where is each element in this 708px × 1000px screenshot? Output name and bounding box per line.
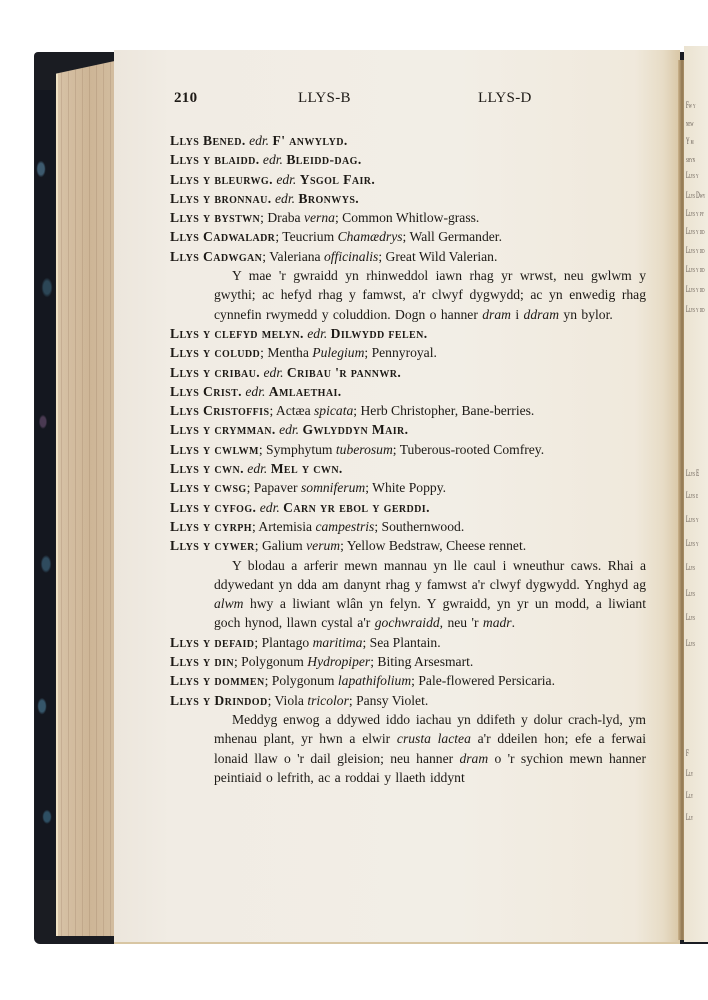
right-page-text-fragment: Llys bbox=[686, 638, 695, 648]
description-paragraph: Meddyg enwog a ddywed iddo iachau yn ddi… bbox=[170, 710, 646, 787]
entry: Llys y dommen; Polygonum lapathifolium; … bbox=[170, 671, 646, 690]
entry: Llys y crymman. edr. Gwlyddyn Mair. bbox=[170, 420, 646, 439]
right-page-text-fragment: new bbox=[686, 118, 694, 128]
entry: Llys y cwlwm; Symphytum tuberosum; Tuber… bbox=[170, 440, 646, 459]
right-page-text-fragment: Llys y bbox=[686, 514, 699, 524]
entry: Llys Crist. edr. Amlaethai. bbox=[170, 382, 646, 401]
entry: Llys y Drindod; Viola tricolor; Pansy Vi… bbox=[170, 691, 646, 710]
right-page-text-fragment: shyn bbox=[686, 154, 695, 164]
right-page-text-fragment: Llys y dd bbox=[686, 284, 705, 294]
entry: Llys y bleurwg. edr. Ysgol Fair. bbox=[170, 170, 646, 189]
right-page-text-fragment: Lly bbox=[686, 812, 693, 822]
page-body: Llys Bened. edr. F' anwylyd. Llys y blai… bbox=[170, 131, 646, 787]
right-page-text-fragment: Lly bbox=[686, 768, 693, 778]
right-page-fragment: Fw ynewY mshynLlys yLlys DwyLlys y pyLly… bbox=[684, 46, 708, 942]
entry: Llys y cwn. edr. Mel y cwn. bbox=[170, 459, 646, 478]
description-paragraph: Y blodau a arferir mewn mannau yn lle ca… bbox=[170, 556, 646, 633]
running-head-right: LLYS-D bbox=[478, 90, 532, 107]
entry: Llys y cyrph; Artemisia campestris; Sout… bbox=[170, 517, 646, 536]
entry: Llys y clefyd melyn. edr. Dilwydd felen. bbox=[170, 324, 646, 343]
entry: Llys y defaid; Plantago maritima; Sea Pl… bbox=[170, 633, 646, 652]
right-page-text-fragment: Llys y py bbox=[686, 208, 704, 218]
book-photo: Fw ynewY mshynLlys yLlys DwyLlys y pyLly… bbox=[0, 0, 708, 1000]
right-page-text-fragment: Fw y bbox=[686, 100, 695, 110]
right-page-text-fragment: Llys y bbox=[686, 538, 699, 548]
marbled-cover-edge bbox=[35, 90, 55, 880]
right-page-text-fragment: Y m bbox=[686, 136, 694, 146]
running-head-left: LLYS-B bbox=[298, 90, 351, 107]
entry: Llys y bystwn; Draba verna; Common Whitl… bbox=[170, 208, 646, 227]
right-page-text-fragment: Llys E bbox=[686, 468, 699, 478]
right-page-text-fragment: Llys bbox=[686, 588, 695, 598]
entry: Llys y cyfog. edr. Carn yr ebol y gerddi… bbox=[170, 498, 646, 517]
entry: Llys y bronnau. edr. Bronwys. bbox=[170, 189, 646, 208]
entry: Llys Cadwaladr; Teucrium Chamædrys; Wall… bbox=[170, 227, 646, 246]
page-number: 210 bbox=[174, 90, 197, 107]
entry: Llys Cristoffis; Actæa spicata; Herb Chr… bbox=[170, 401, 646, 420]
right-page-text-fragment: Llys e bbox=[686, 490, 698, 500]
description-paragraph: Y mae 'r gwraidd yn rhinweddol iawn rhag… bbox=[170, 266, 646, 324]
right-page-text-fragment: Llys y dd bbox=[686, 245, 705, 255]
right-page-text-fragment: Llys bbox=[686, 562, 695, 572]
entry: Llys y din; Polygonum Hydropiper; Biting… bbox=[170, 652, 646, 671]
entry: Llys Cadwgan; Valeriana officinalis; Gre… bbox=[170, 247, 646, 266]
entry: Llys y blaidd. edr. Bleidd-dag. bbox=[170, 150, 646, 169]
right-page-text-fragment: Llys y bbox=[686, 170, 699, 180]
right-page-text-fragment: Llys Dwy bbox=[686, 190, 705, 200]
right-page-text-fragment: F bbox=[686, 748, 689, 758]
right-page-text-fragment: Llys y dd bbox=[686, 304, 705, 314]
entry: Llys Bened. edr. F' anwylyd. bbox=[170, 131, 646, 150]
right-page-text-fragment: Llys bbox=[686, 612, 695, 622]
running-header: 210 LLYS-B LLYS-D bbox=[174, 90, 644, 110]
right-page-text-fragment: Lly bbox=[686, 790, 693, 800]
entry: Llys y cribau. edr. Cribau 'r pannwr. bbox=[170, 363, 646, 382]
right-page-text-fragment: Llys y dd bbox=[686, 264, 705, 274]
right-page-text-fragment: Llys y dd bbox=[686, 226, 705, 236]
entry: Llys y cwsg; Papaver somniferum; White P… bbox=[170, 478, 646, 497]
entry: Llys y coludd; Mentha Pulegium; Pennyroy… bbox=[170, 343, 646, 362]
entry: Llys y cywer; Galium verum; Yellow Bedst… bbox=[170, 536, 646, 555]
